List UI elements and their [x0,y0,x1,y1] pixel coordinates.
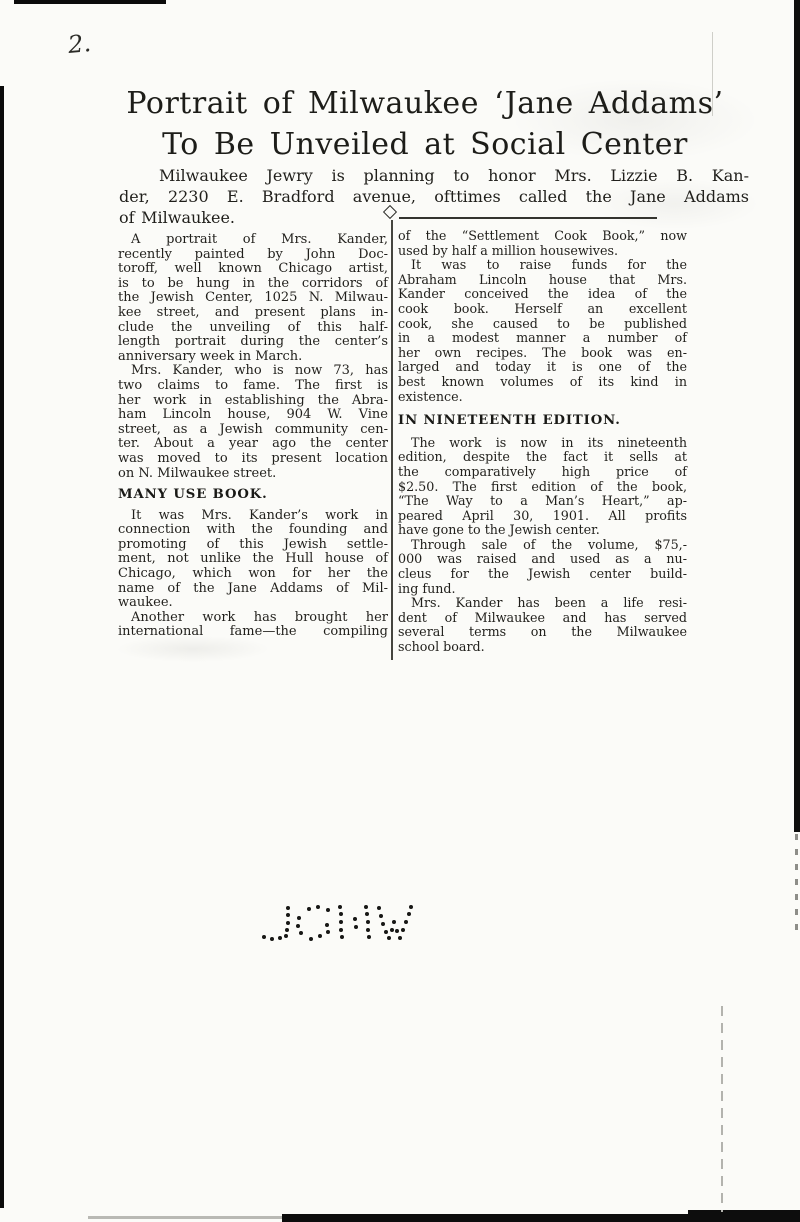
headline-line-1: Portrait of Milwaukee ‘Jane Addams’ [95,83,755,124]
text-line: Abraham Lincoln house that Mrs. [398,273,687,288]
text-line: edition, despite the fact it sells at [398,450,687,465]
stamp-dot [326,908,330,912]
text-line: is to be hung in the corridors of [118,277,388,292]
text-line: Milwaukee Jewry is planning to honor Mrs… [119,165,749,186]
stamp-dot [387,936,391,940]
text-line: Another work has brought her [118,611,388,626]
scan-edge-right [794,0,800,832]
text-line: Chicago, which won for her the [118,567,388,582]
text-line: street, as a Jewish community cen- [118,423,388,438]
fold-crease-line [721,1006,723,1212]
text-line: 000 was raised and used as a nu- [398,552,687,567]
text-line: Through sale of the volume, $75,- [398,538,687,553]
text-line: ham Lincoln house, 904 W. Vine [118,408,388,423]
text-line: Kander conceived the idea of the [398,287,687,302]
stamp-dot [398,936,402,940]
text-line: ter. About a year ago the center [118,437,388,452]
text-line: her work in establishing the Abra- [118,394,388,409]
paragraph: of the “Settlement Cook Book,” nowused b… [398,229,687,258]
scan-edge-top [14,0,166,4]
stamp-dot [338,905,342,909]
stamp-dot [307,907,311,911]
page-number: 2. [67,29,92,59]
section-subhead: IN NINETEENTH EDITION. [398,414,687,429]
text-line: cook book. Herself an excellent [398,302,687,317]
text-line: used by half a million housewives. [398,244,687,259]
paragraph: Another work has brought herinternationa… [118,611,388,640]
stamp-dot [286,913,290,917]
diamond-shape [383,205,397,219]
section-subhead: MANY USE BOOK. [118,488,388,503]
stamp-dot [325,923,329,927]
stamp-dot [401,928,405,932]
stamp-dot [367,935,371,939]
text-line: length portrait during the center’s [118,335,388,350]
stamp-dot [326,930,330,934]
stamp-dot [379,914,383,918]
paragraph: Mrs. Kander has been a life resi-dent of… [398,596,687,654]
text-line: ment, not unlike the Hull house of [118,552,388,567]
stamp-dot [409,905,413,909]
text-line: clude the unveiling of this half- [118,321,388,336]
text-line: Mrs. Kander has been a life resi- [398,596,687,611]
stamp-dot [339,920,343,924]
text-line: waukee. [118,596,388,611]
text-line: anniversary week in March. [118,350,388,365]
stamp-dot [392,920,396,924]
stamp-dot [354,925,358,929]
stamp-dot [353,917,357,921]
text-line: larged and today it is one of the [398,360,687,375]
stamp-dot [278,936,282,940]
stamp-dot [366,920,370,924]
stamp-dot [309,937,313,941]
stamp-dot [262,935,266,939]
stamp-dot [286,906,290,910]
text-line: school board. [398,640,687,655]
scan-edge-bottom-corner [688,1210,800,1222]
stamp-dot [390,928,394,932]
right-column: of the “Settlement Cook Book,” nowused b… [398,229,687,655]
text-line: best known volumes of its kind in [398,375,687,390]
stamp-dot [285,928,289,932]
text-line: promoting of this Jewish settle- [118,538,388,553]
text-line: It was to raise funds for the [398,258,687,273]
text-line: cleus for the Jewish center build- [398,567,687,582]
paragraph: It was to raise funds for theAbraham Lin… [398,258,687,404]
text-line: Mrs. Kander, who is now 73, has [118,364,388,379]
text-line: der, 2230 E. Bradford avenue, ofttimes c… [119,186,749,207]
paragraph: It was Mrs. Kander’s work inconnection w… [118,509,388,611]
text-line: connection with the founding and [118,523,388,538]
text-line: was moved to its present location [118,452,388,467]
stamp-dot [364,905,368,909]
stamp-dot [377,906,381,910]
stamp-dot [404,920,408,924]
text-line: recently painted by John Doc- [118,248,388,263]
text-line: cook, she caused to be published [398,317,687,332]
scan-edge-bottom-light [88,1216,284,1219]
text-line: peared April 30, 1901. All profits [398,509,687,524]
scan-edge-right-fade [795,834,798,930]
stamp-dot [284,934,288,938]
text-line: her own recipes. The book was en- [398,346,687,361]
horizontal-rule [399,217,657,219]
column-divider [391,220,393,660]
stamp-dot [381,922,385,926]
text-line: kee street, and present plans in- [118,306,388,321]
text-line: several terms on the Milwaukee [398,625,687,640]
text-line: name of the Jane Addams of Mil- [118,582,388,597]
text-line: dent of Milwaukee and has served [398,611,687,626]
stamp-dot [340,935,344,939]
text-line: the comparatively high price of [398,465,687,480]
paragraph: The work is now in its nineteenthedition… [398,436,687,538]
stamp-dot [384,930,388,934]
text-line: The work is now in its nineteenth [398,436,687,451]
text-line: “The Way to a Man’s Heart,” ap- [398,494,687,509]
scanned-newspaper-page: { "colors": { "ink": "#201f1b", "paper":… [0,0,800,1222]
text-line: A portrait of Mrs. Kander, [118,233,388,248]
left-column: A portrait of Mrs. Kander,recently paint… [118,233,388,640]
paragraph: Through sale of the volume, $75,-000 was… [398,538,687,596]
text-line: international fame—the compiling [118,625,388,640]
stamp-dot [365,912,369,916]
text-line: $2.50. The first edition of the book, [398,480,687,495]
stamp-dot [395,929,399,933]
diamond-ornament-icon [383,206,397,220]
text-line: two claims to fame. The first is [118,379,388,394]
headline-line-2: To Be Unveiled at Social Center [95,124,755,165]
stamp-dot [270,937,274,941]
text-line: of the “Settlement Cook Book,” now [398,229,687,244]
paragraph: Mrs. Kander, who is now 73, hastwo claim… [118,364,388,481]
text-line: It was Mrs. Kander’s work in [118,509,388,524]
scan-edge-left [0,86,4,1208]
stamp-dot [407,912,411,916]
stamp-dot [339,912,343,916]
stamp-dot [316,905,320,909]
text-line: ing fund. [398,582,687,597]
newspaper-clipping: 2. Portrait of Milwaukee ‘Jane Addams’ T… [0,0,800,1222]
text-line: have gone to the Jewish center. [398,523,687,538]
paragraph: A portrait of Mrs. Kander,recently paint… [118,233,388,364]
stamp-dot [366,928,370,932]
stamp-dot [339,928,343,932]
stamp-dot [296,924,300,928]
text-line: in a modest manner a number of [398,331,687,346]
fold-crease-line [712,32,713,116]
stamp-dot [297,916,301,920]
headline: Portrait of Milwaukee ‘Jane Addams’ To B… [95,83,755,165]
text-line: toroff, well known Chicago artist, [118,262,388,277]
text-line: existence. [398,390,687,405]
text-line: on N. Milwaukee street. [118,467,388,482]
stamp-dot [286,921,290,925]
text-line: the Jewish Center, 1025 N. Milwau- [118,291,388,306]
stamp-dot [299,931,303,935]
stamp-dot [318,934,322,938]
